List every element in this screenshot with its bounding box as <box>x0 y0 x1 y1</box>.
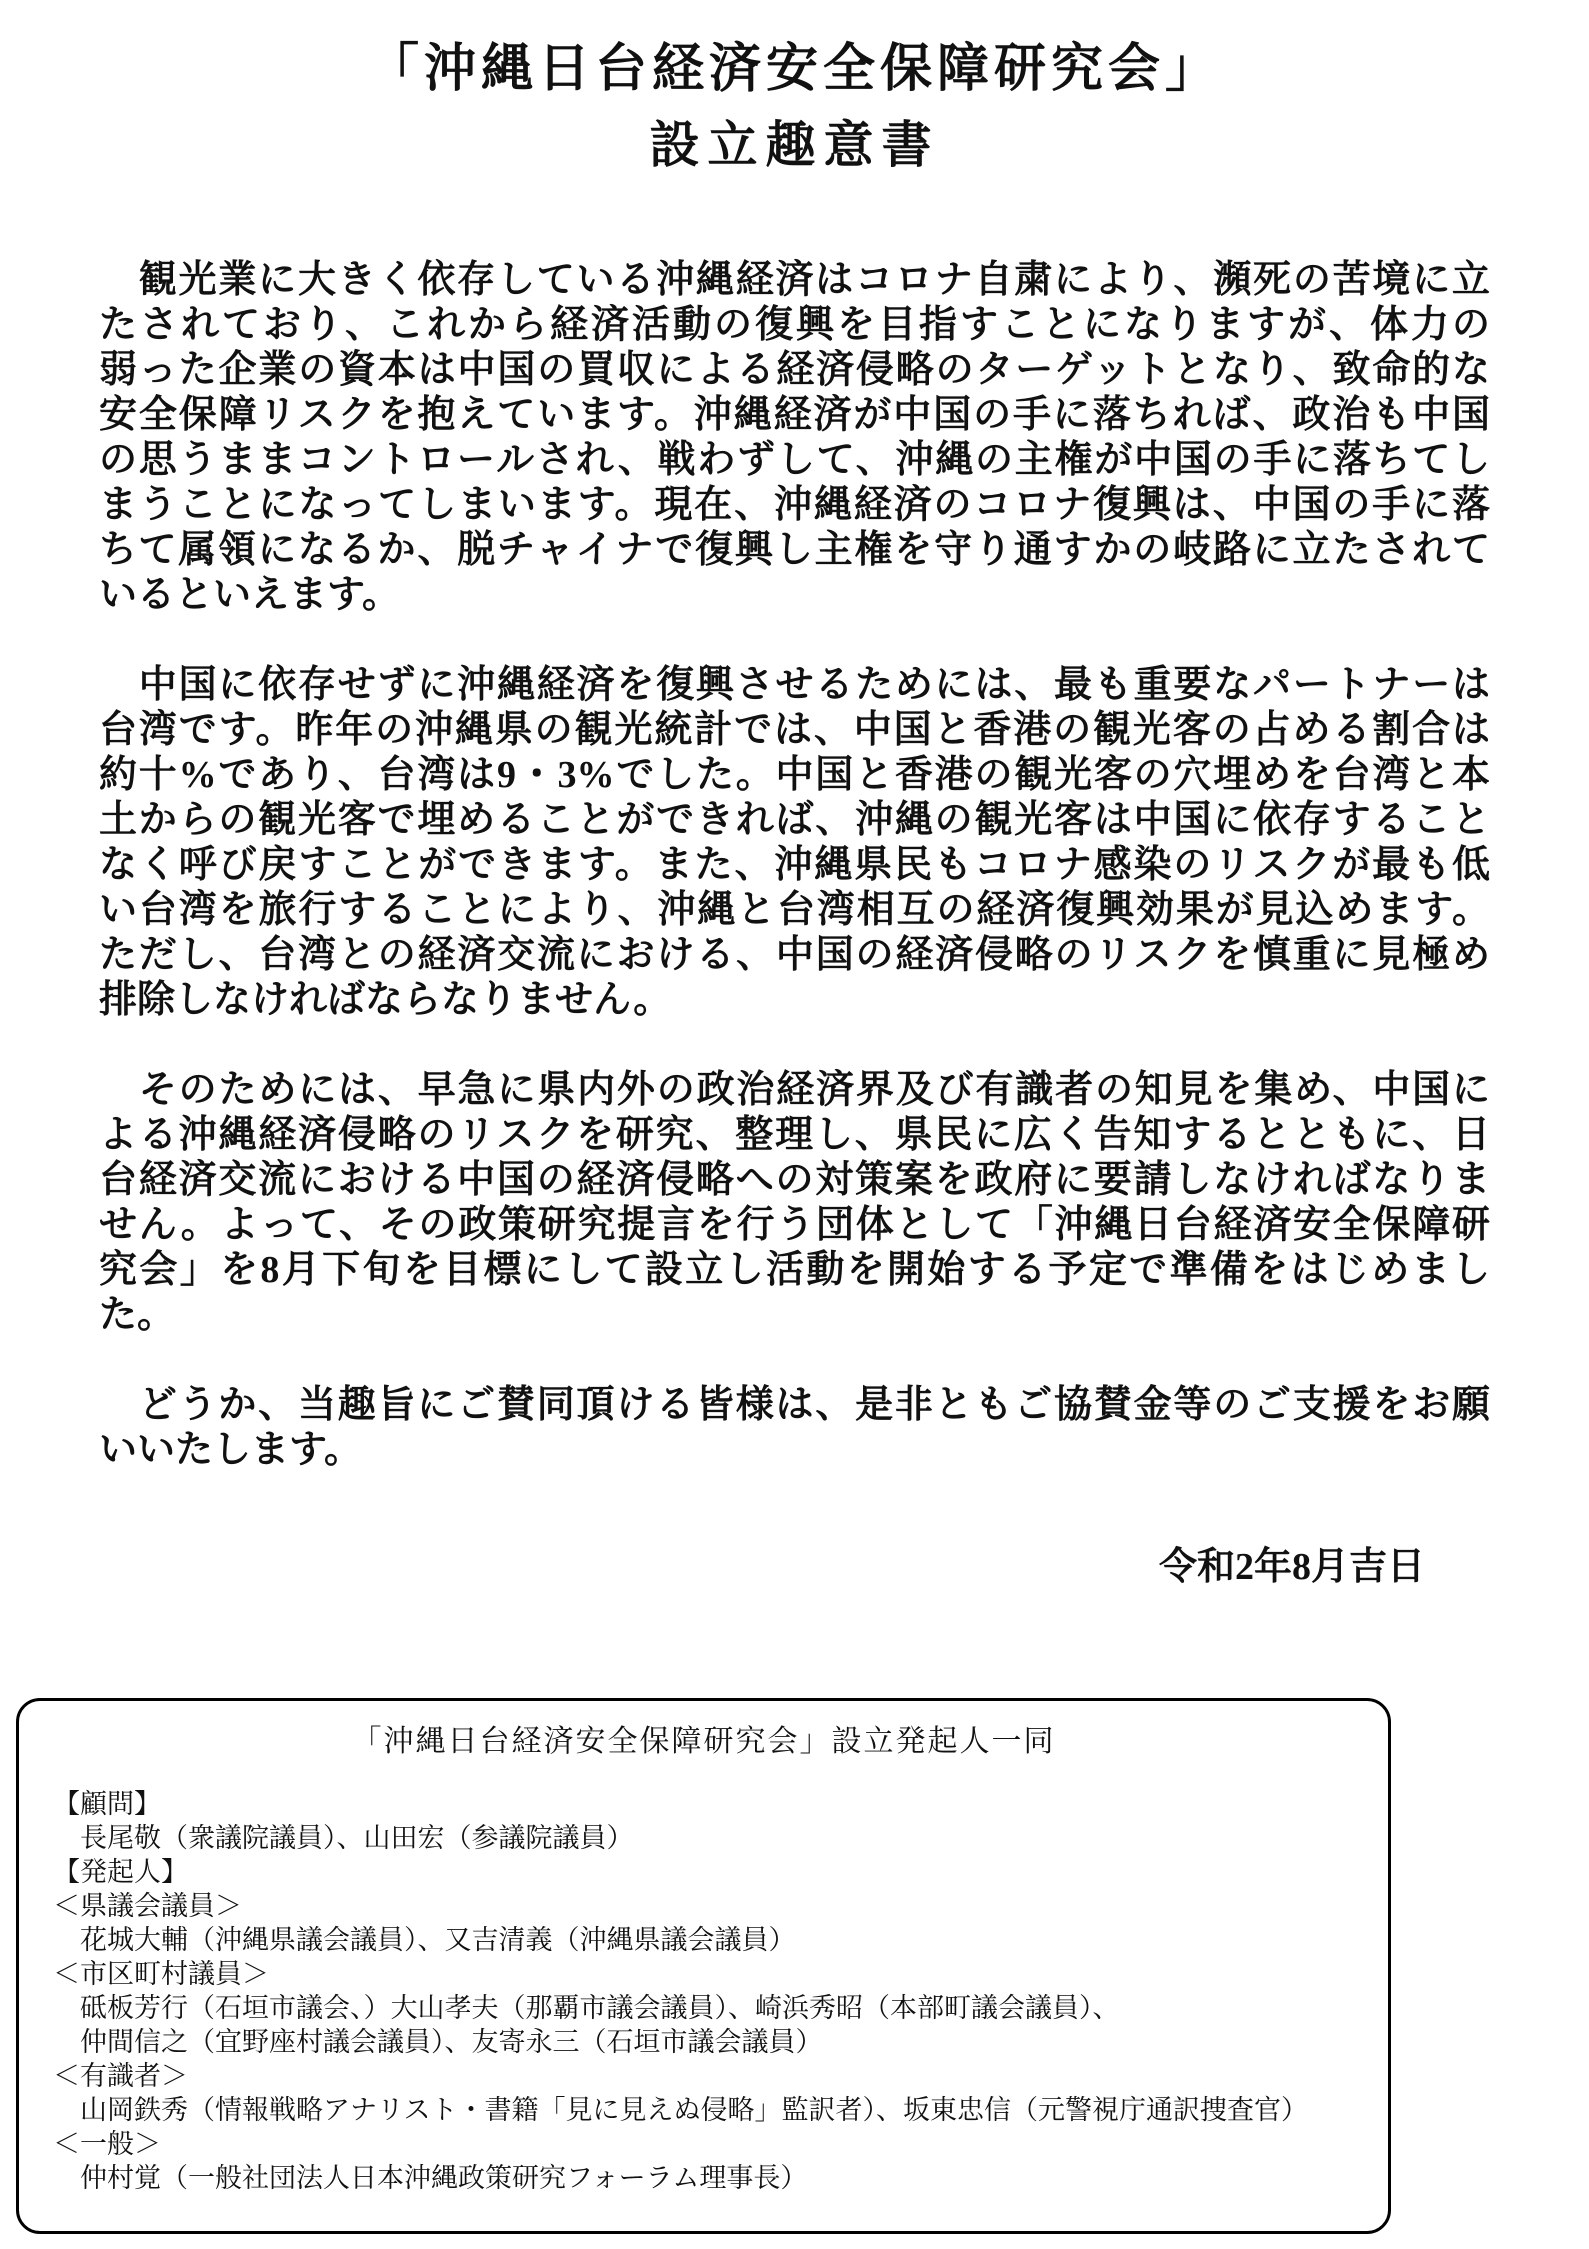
text-line: 約十%であり、台湾は9・3%でした。中国と香港の観光客の穴埋めを台湾と本 <box>99 753 1490 798</box>
founder-line: 砥板芳行（石垣市議会、）大山孝夫（那覇市議会議員）、崎浜秀昭（本部町議会議員）、 <box>53 1991 1354 2025</box>
founder-line: 山岡鉄秀（情報戦略アナリスト・書籍「見に見えぬ侵略」監訳者）、坂東忠信（元警視庁… <box>53 2093 1354 2127</box>
document-date: 令和2年8月吉日 <box>99 1545 1490 1590</box>
text-line: 中国に依存せずに沖縄経済を復興させるためには、最も重要なパートナーは <box>99 663 1490 708</box>
text-line: の思うままコントロールされ、戦わずして、沖縄の主権が中国の手に落ちてし <box>99 438 1490 483</box>
text-line: 観光業に大きく依存している沖縄経済はコロナ自粛により、瀕死の苦境に立 <box>99 258 1490 303</box>
text-line: よる沖縄経済侵略のリスクを研究、整理し、県民に広く告知するとともに、日 <box>99 1113 1490 1158</box>
founder-line: 長尾敬（衆議院議員）、山田宏（参議院議員） <box>53 1821 1354 1855</box>
text-line: 安全保障リスクを抱えています。沖縄経済が中国の手に落ちれば、政治も中国 <box>99 393 1490 438</box>
founder-line: 【顧問】 <box>53 1787 1354 1821</box>
document-title-line1: 「沖縄日台経済安全保障研究会」 <box>0 40 1589 100</box>
text-line: 台湾です。昨年の沖縄県の観光統計では、中国と香港の観光客の占める割合は <box>99 708 1490 753</box>
founder-line: ＜有識者＞ <box>53 2059 1354 2093</box>
founder-line: 【発起人】 <box>53 1855 1354 1889</box>
founder-line: ＜県議会議員＞ <box>53 1889 1354 1923</box>
text-line: たされており、これから経済活動の復興を目指すことになりますが、体力の <box>99 303 1490 348</box>
text-line: 台経済交流における中国の経済侵略への対策案を政府に要請しなければなりま <box>99 1158 1490 1203</box>
document-body: 観光業に大きく依存している沖縄経済はコロナ自粛により、瀕死の苦境に立たされており… <box>99 258 1490 1590</box>
body-paragraphs: 観光業に大きく依存している沖縄経済はコロナ自粛により、瀕死の苦境に立たされており… <box>99 258 1490 1473</box>
founder-line: 仲間信之（宜野座村議会議員）、友寄永三（石垣市議会議員） <box>53 2025 1354 2059</box>
text-line: なく呼び戻すことができます。また、沖縄県民もコロナ感染のリスクが最も低 <box>99 843 1490 888</box>
text-line: 排除しなければならなりません。 <box>99 978 1490 1023</box>
paragraph: 観光業に大きく依存している沖縄経済はコロナ自粛により、瀕死の苦境に立たされており… <box>99 258 1490 618</box>
founder-line: 花城大輔（沖縄県議会議員）、又吉清義（沖縄県議会議員） <box>53 1923 1354 1957</box>
text-line: まうことになってしまいます。現在、沖縄経済のコロナ復興は、中国の手に落 <box>99 483 1490 528</box>
founder-line: ＜市区町村議員＞ <box>53 1957 1354 1991</box>
text-line: せん。よって、その政策研究提言を行う団体として「沖縄日台経済安全保障研 <box>99 1203 1490 1248</box>
document-page: 「沖縄日台経済安全保障研究会」 設立趣意書 観光業に大きく依存している沖縄経済は… <box>0 0 1589 2249</box>
text-line: ただし、台湾との経済交流における、中国の経済侵略のリスクを慎重に見極め <box>99 933 1490 978</box>
document-title-line2: 設立趣意書 <box>0 116 1589 174</box>
text-line: ちて属領になるか、脱チャイナで復興し主権を守り通すかの岐路に立たされて <box>99 528 1490 573</box>
paragraph: 中国に依存せずに沖縄経済を復興させるためには、最も重要なパートナーは台湾です。昨… <box>99 663 1490 1023</box>
text-line: いいたします。 <box>99 1428 1490 1473</box>
text-line: そのためには、早急に県内外の政治経済界及び有識者の知見を集め、中国に <box>99 1068 1490 1113</box>
text-line: いるといえます。 <box>99 573 1490 618</box>
text-line: 弱った企業の資本は中国の買収による経済侵略のターゲットとなり、致命的な <box>99 348 1490 393</box>
paragraph: どうか、当趣旨にご賛同頂ける皆様は、是非ともご協賛金等のご支援をお願いいたします… <box>99 1383 1490 1473</box>
founder-line: ＜一般＞ <box>53 2127 1354 2161</box>
founders-box: 「沖縄日台経済安全保障研究会」設立発起人一同 【顧問】 長尾敬（衆議院議員）、山… <box>16 1698 1391 2234</box>
text-line: た。 <box>99 1293 1490 1338</box>
founder-line: 仲村覚（一般社団法人日本沖縄政策研究フォーラム理事長） <box>53 2161 1354 2195</box>
founders-box-title: 「沖縄日台経済安全保障研究会」設立発起人一同 <box>53 1723 1354 1761</box>
text-line: どうか、当趣旨にご賛同頂ける皆様は、是非ともご協賛金等のご支援をお願 <box>99 1383 1490 1428</box>
founders-list: 【顧問】 長尾敬（衆議院議員）、山田宏（参議院議員）【発起人】＜県議会議員＞ 花… <box>53 1787 1354 2195</box>
text-line: 土からの観光客で埋めることができれば、沖縄の観光客は中国に依存すること <box>99 798 1490 843</box>
text-line: い台湾を旅行することにより、沖縄と台湾相互の経済復興効果が見込めます。 <box>99 888 1490 933</box>
paragraph: そのためには、早急に県内外の政治経済界及び有識者の知見を集め、中国による沖縄経済… <box>99 1068 1490 1338</box>
text-line: 究会」を8月下旬を目標にして設立し活動を開始する予定で準備をはじめまし <box>99 1248 1490 1293</box>
